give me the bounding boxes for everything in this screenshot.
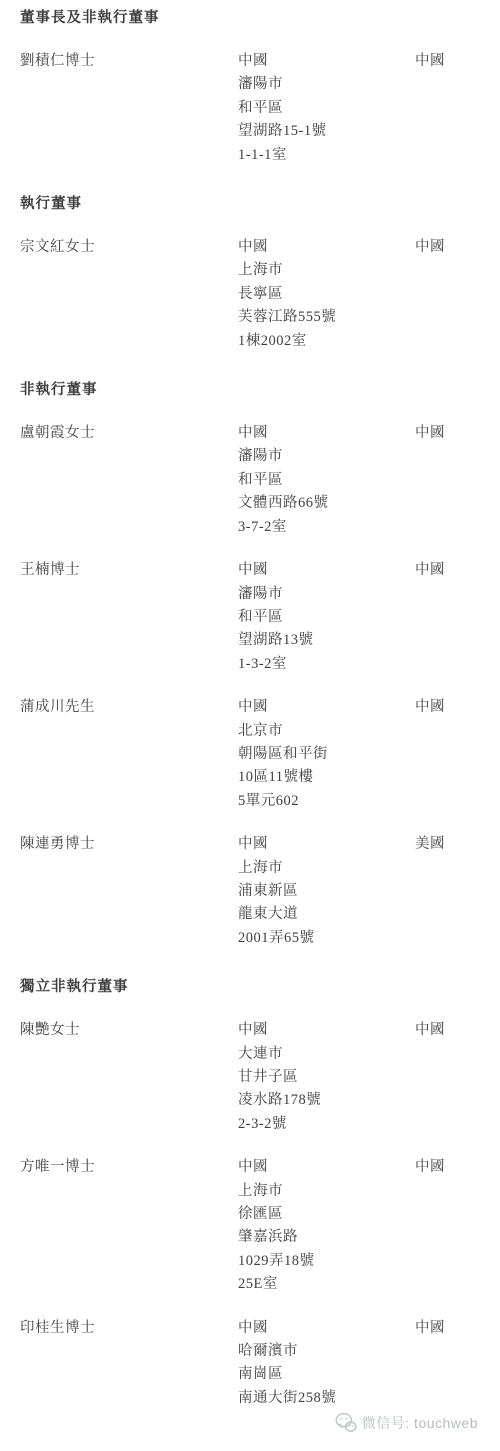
address-line: 和平區 <box>238 97 415 120</box>
address-line: 甘井子區 <box>238 1066 415 1089</box>
address-line: 浦東新區 <box>238 880 415 903</box>
address-line: 1029弄18號 <box>238 1250 415 1273</box>
address-line: 1-1-1室 <box>238 144 415 167</box>
director-nationality: 美國 <box>415 833 445 856</box>
director-name: 宗文紅女士 <box>20 236 238 259</box>
directors-page: 董事長及非執行董事 劉積仁博士 中國 瀋陽市 和平區 望湖路15-1號 1-1-… <box>0 0 500 1451</box>
address-line: 大連市 <box>238 1043 415 1066</box>
section-heading-chairman-non-executive: 董事長及非執行董事 <box>20 8 500 28</box>
section-heading-executive: 執行董事 <box>20 194 500 214</box>
director-entry: 蒲成川先生 中國 北京市 朝陽區和平街 10區11號樓 5單元602 中國 <box>20 696 500 813</box>
address-line: 3-7-2室 <box>238 516 415 539</box>
director-nationality: 中國 <box>415 559 445 582</box>
address-line: 25E室 <box>238 1273 415 1296</box>
address-line: 凌水路178號 <box>238 1089 415 1112</box>
director-entry: 印桂生博士 中國 哈爾濱市 南崗區 南通大街258號 中國 <box>20 1317 500 1411</box>
address-line: 中國 <box>238 1317 415 1340</box>
director-entry: 方唯一博士 中國 上海市 徐匯區 肇嘉浜路 1029弄18號 25E室 中國 <box>20 1156 500 1296</box>
director-address: 中國 瀋陽市 和平區 望湖路13號 1-3-2室 <box>238 559 415 676</box>
address-line: 1棟2002室 <box>238 330 415 353</box>
address-line: 中國 <box>238 50 415 73</box>
address-line: 10區11號樓 <box>238 766 415 789</box>
director-address: 中國 大連市 甘井子區 凌水路178號 2-3-2號 <box>238 1019 415 1136</box>
address-line: 芙蓉江路555號 <box>238 306 415 329</box>
address-line: 哈爾濱市 <box>238 1340 415 1363</box>
director-entry: 宗文紅女士 中國 上海市 長寧區 芙蓉江路555號 1棟2002室 中國 <box>20 236 500 353</box>
address-line: 南崗區 <box>238 1363 415 1386</box>
address-line: 和平區 <box>238 606 415 629</box>
wechat-watermark: 微信号: touchweb <box>335 1412 478 1433</box>
director-name: 陳艷女士 <box>20 1019 238 1042</box>
director-nationality: 中國 <box>415 50 445 73</box>
director-entry: 陳連勇博士 中國 上海市 浦東新區 龍東大道 2001弄65號 美國 <box>20 833 500 950</box>
section-heading-independent-non-executive: 獨立非執行董事 <box>20 977 500 997</box>
director-address: 中國 上海市 浦東新區 龍東大道 2001弄65號 <box>238 833 415 950</box>
director-nationality: 中國 <box>415 236 445 259</box>
address-line: 北京市 <box>238 720 415 743</box>
director-address: 中國 上海市 徐匯區 肇嘉浜路 1029弄18號 25E室 <box>238 1156 415 1296</box>
director-entry: 陳艷女士 中國 大連市 甘井子區 凌水路178號 2-3-2號 中國 <box>20 1019 500 1136</box>
director-name: 蒲成川先生 <box>20 696 238 719</box>
watermark-label: 微信号: touchweb <box>362 1413 478 1433</box>
director-name: 印桂生博士 <box>20 1317 238 1340</box>
director-address: 中國 上海市 長寧區 芙蓉江路555號 1棟2002室 <box>238 236 415 353</box>
address-line: 徐匯區 <box>238 1203 415 1226</box>
director-entry: 王楠博士 中國 瀋陽市 和平區 望湖路13號 1-3-2室 中國 <box>20 559 500 676</box>
director-address: 中國 北京市 朝陽區和平街 10區11號樓 5單元602 <box>238 696 415 813</box>
address-line: 朝陽區和平街 <box>238 743 415 766</box>
director-entry: 劉積仁博士 中國 瀋陽市 和平區 望湖路15-1號 1-1-1室 中國 <box>20 50 500 167</box>
director-address: 中國 瀋陽市 和平區 文體西路66號 3-7-2室 <box>238 422 415 539</box>
address-line: 瀋陽市 <box>238 445 415 468</box>
address-line: 上海市 <box>238 857 415 880</box>
section-heading-non-executive: 非執行董事 <box>20 380 500 400</box>
director-address: 中國 哈爾濱市 南崗區 南通大街258號 <box>238 1317 415 1411</box>
director-nationality: 中國 <box>415 1156 445 1179</box>
address-line: 南通大街258號 <box>238 1387 415 1410</box>
address-line: 瀋陽市 <box>238 73 415 96</box>
address-line: 和平區 <box>238 469 415 492</box>
director-address: 中國 瀋陽市 和平區 望湖路15-1號 1-1-1室 <box>238 50 415 167</box>
address-line: 中國 <box>238 559 415 582</box>
address-line: 中國 <box>238 236 415 259</box>
address-line: 中國 <box>238 1156 415 1179</box>
director-nationality: 中國 <box>415 422 445 445</box>
address-line: 上海市 <box>238 1180 415 1203</box>
address-line: 中國 <box>238 422 415 445</box>
director-nationality: 中國 <box>415 1317 445 1340</box>
address-line: 1-3-2室 <box>238 653 415 676</box>
address-line: 龍東大道 <box>238 903 415 926</box>
director-name: 劉積仁博士 <box>20 50 238 73</box>
address-line: 中國 <box>238 833 415 856</box>
director-name: 方唯一博士 <box>20 1156 238 1179</box>
address-line: 中國 <box>238 696 415 719</box>
address-line: 5單元602 <box>238 790 415 813</box>
wechat-icon <box>335 1412 357 1433</box>
director-entry: 盧朝霞女士 中國 瀋陽市 和平區 文體西路66號 3-7-2室 中國 <box>20 422 500 539</box>
address-line: 瀋陽市 <box>238 583 415 606</box>
director-nationality: 中國 <box>415 1019 445 1042</box>
director-name: 王楠博士 <box>20 559 238 582</box>
address-line: 望湖路15-1號 <box>238 120 415 143</box>
address-line: 上海市 <box>238 259 415 282</box>
address-line: 長寧區 <box>238 283 415 306</box>
address-line: 肇嘉浜路 <box>238 1226 415 1249</box>
director-nationality: 中國 <box>415 696 445 719</box>
address-line: 望湖路13號 <box>238 629 415 652</box>
address-line: 文體西路66號 <box>238 492 415 515</box>
address-line: 2-3-2號 <box>238 1113 415 1136</box>
director-name: 陳連勇博士 <box>20 833 238 856</box>
address-line: 中國 <box>238 1019 415 1042</box>
director-name: 盧朝霞女士 <box>20 422 238 445</box>
address-line: 2001弄65號 <box>238 927 415 950</box>
